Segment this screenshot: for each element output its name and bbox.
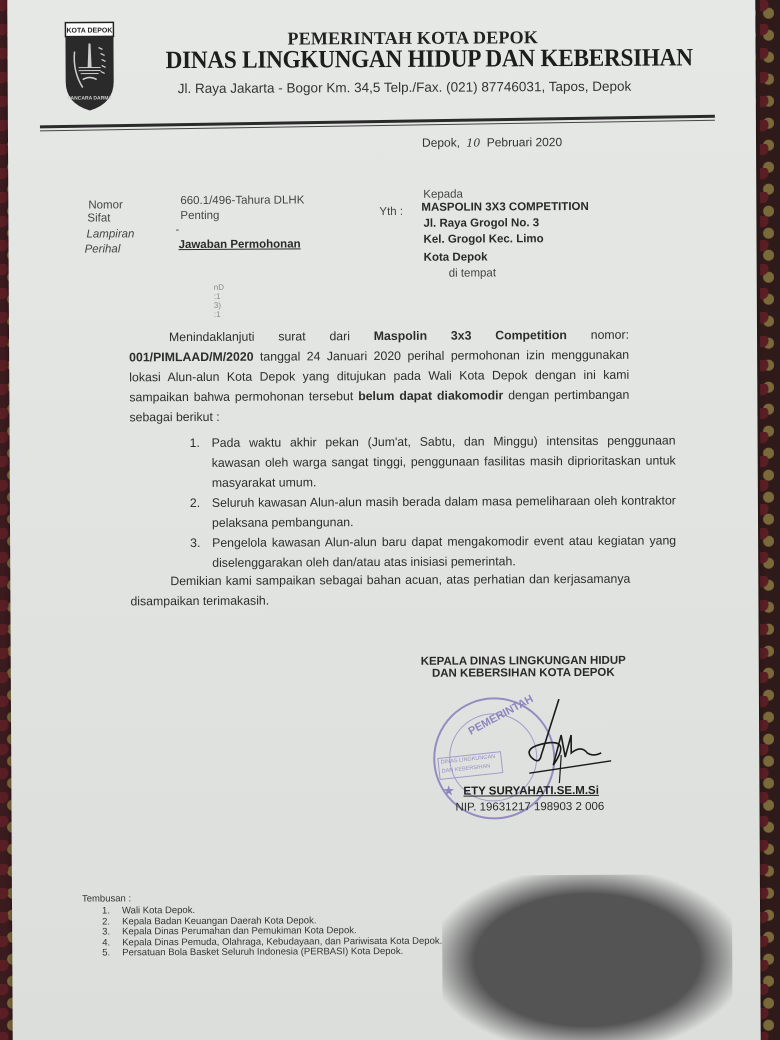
- svg-text:KOTA DEPOK: KOTA DEPOK: [66, 27, 112, 34]
- recipient-address-district: Kel. Grogol Kec. Limo: [423, 233, 543, 246]
- nomor-label: Nomor: [88, 199, 123, 211]
- kepada-label: Kepada: [423, 189, 463, 201]
- sifat-value: Penting: [180, 210, 219, 222]
- faint-marks: nD:13):1: [214, 283, 224, 319]
- tembusan-list: 1.Wali Kota Depok. 2.Kepala Badan Keuang…: [102, 905, 442, 959]
- considerations-list: 1. Pada waktu akhir pekan (Jum'at, Sabtu…: [190, 430, 677, 573]
- letterhead-address: Jl. Raya Jakarta - Bogor Km. 34,5 Telp./…: [178, 79, 632, 96]
- closing-paragraph: Demikian kami sampaikan sebagai bahan ac…: [130, 569, 630, 612]
- letterhead-agency: DINAS LINGKUNGAN HIDUP DAN KEBERSIHAN: [166, 44, 693, 75]
- svg-text:PANCARA DARMA: PANCARA DARMA: [68, 95, 113, 101]
- tembusan-label: Tembusan :: [82, 894, 131, 905]
- recipient-city: Kota Depok: [424, 251, 488, 263]
- signatory-nip: NIP. 19631217 198903 2 006: [455, 801, 604, 814]
- nomor-value: 660.1/496-Tahura DLHK: [180, 194, 304, 207]
- signatory-title: KEPALA DINAS LINGKUNGAN HIDUP DAN KEBERS…: [406, 655, 641, 680]
- letter-paper: KOTA DEPOK PANCARA DARMA PEMERINTAH KOTA…: [7, 0, 760, 1040]
- consideration-item: 3. Pengelola kawasan Alun-alun baru dapa…: [190, 530, 676, 573]
- recipient-address-street: Jl. Raya Grogol No. 3: [423, 217, 539, 230]
- recipient-name: MASPOLIN 3X3 COMPETITION: [421, 201, 588, 214]
- body-paragraph: Menindaklanjuti surat dari Maspolin 3x3 …: [129, 325, 630, 428]
- letter-date: Depok, 10 Pebruari 2020: [422, 135, 562, 150]
- perihal-value: Jawaban Permohonan: [179, 238, 301, 251]
- tembusan-item: 5.Persatuan Bola Basket Seluruh Indonesi…: [102, 947, 442, 959]
- signatory-name: ETY SURYAHATI.SE.M.Si: [463, 785, 599, 798]
- signature-mark: [501, 695, 611, 786]
- photo-shadow: [442, 874, 733, 1040]
- lampiran-label: Lampiran: [86, 228, 134, 240]
- yth-label: Yth :: [379, 206, 403, 218]
- recipient-di-tempat: di tempat: [449, 267, 496, 279]
- consideration-item: 2. Seluruh kawasan Alun-alun masih berad…: [190, 490, 676, 533]
- lampiran-value: -: [175, 224, 179, 236]
- kota-depok-emblem-icon: KOTA DEPOK PANCARA DARMA: [64, 21, 114, 111]
- consideration-item: 1. Pada waktu akhir pekan (Jum'at, Sabtu…: [190, 430, 676, 493]
- sifat-label: Sifat: [87, 212, 110, 224]
- perihal-label: Perihal: [85, 243, 121, 255]
